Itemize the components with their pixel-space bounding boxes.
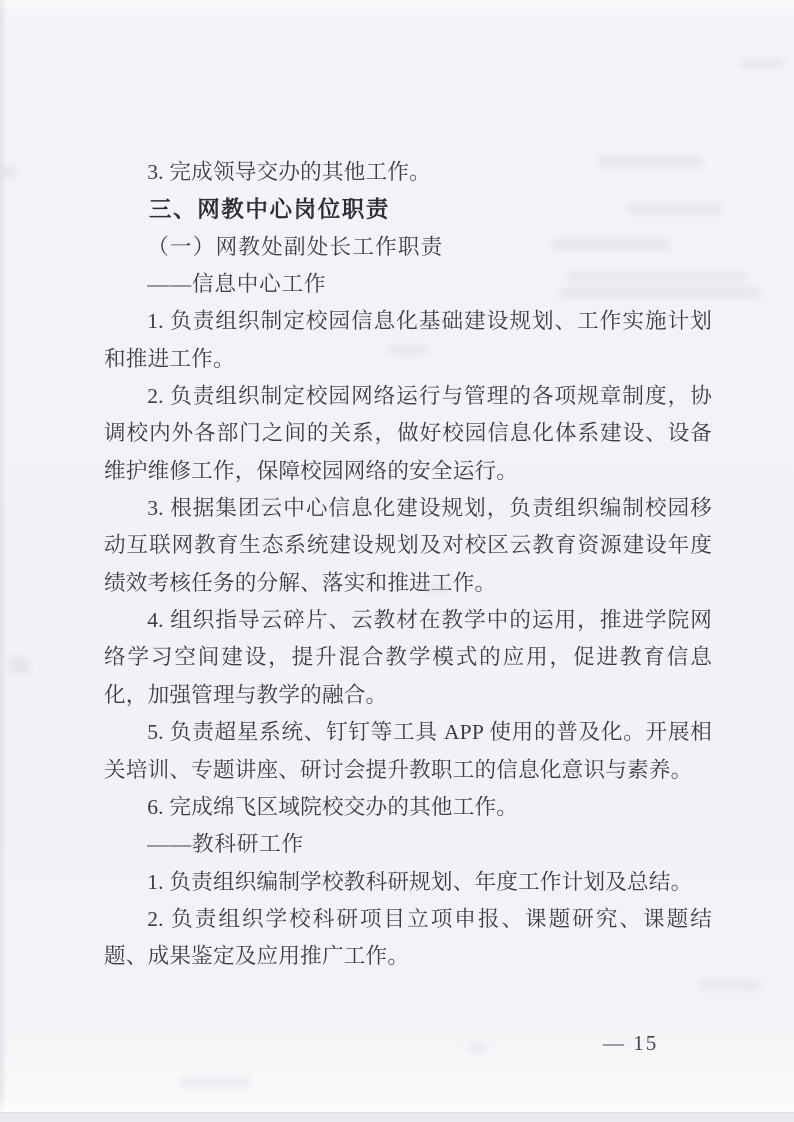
scanned-document-page: 3. 完成领导交办的其他工作。 三、网教中心岗位职责 （一）网教处副处长工作职责…: [0, 0, 794, 1122]
dash-subheading: ——教科研工作: [104, 826, 712, 863]
paragraph: 2. 负责组织学校科研项目立项申报、课题研究、课题结题、成果鉴定及应用推广工作。: [104, 901, 712, 976]
dash-subheading: ——信息中心工作: [104, 266, 712, 303]
paragraph: 1. 负责组织编制学校教科研规划、年度工作计划及总结。: [104, 864, 712, 901]
paragraph: 5. 负责超星系统、钉钉等工具 APP 使用的普及化。开展相关培训、专题讲座、研…: [104, 714, 712, 789]
paragraph: 2. 负责组织制定校园网络运行与管理的各项规章制度，协调校内外各部门之间的关系，…: [104, 378, 712, 490]
page-left-edge-shadow: [0, 0, 7, 1122]
scanner-smudge: [180, 1078, 250, 1087]
scanner-smudge: [700, 980, 760, 990]
scanner-smudge: [468, 1044, 486, 1052]
scanner-smudge: [8, 656, 30, 674]
paragraph: 4. 组织指导云碎片、云教材在教学中的运用，推进学院网络学习空间建设，提升混合教…: [104, 602, 712, 714]
subsection-heading: （一）网教处副处长工作职责: [104, 229, 712, 266]
paragraph: 3. 完成领导交办的其他工作。: [104, 154, 712, 191]
paragraph: 1. 负责组织制定校园信息化基础建设规划、工作实施计划和推进工作。: [104, 303, 712, 378]
page-number: — 15: [603, 1031, 658, 1056]
section-heading: 三、网教中心岗位职责: [104, 191, 712, 228]
paragraph: 6. 完成绵飞区域院校交办的其他工作。: [104, 789, 712, 826]
document-text-block: 3. 完成领导交办的其他工作。 三、网教中心岗位职责 （一）网教处副处长工作职责…: [104, 154, 712, 976]
page-bottom-edge: [0, 1112, 794, 1122]
page-bottom-glow: [0, 1097, 794, 1113]
paragraph: 3. 根据集团云中心信息化建设规划，负责组织编制校园移动互联网教育生态系统建设规…: [104, 490, 712, 602]
bleed-through-mark: [740, 58, 784, 68]
